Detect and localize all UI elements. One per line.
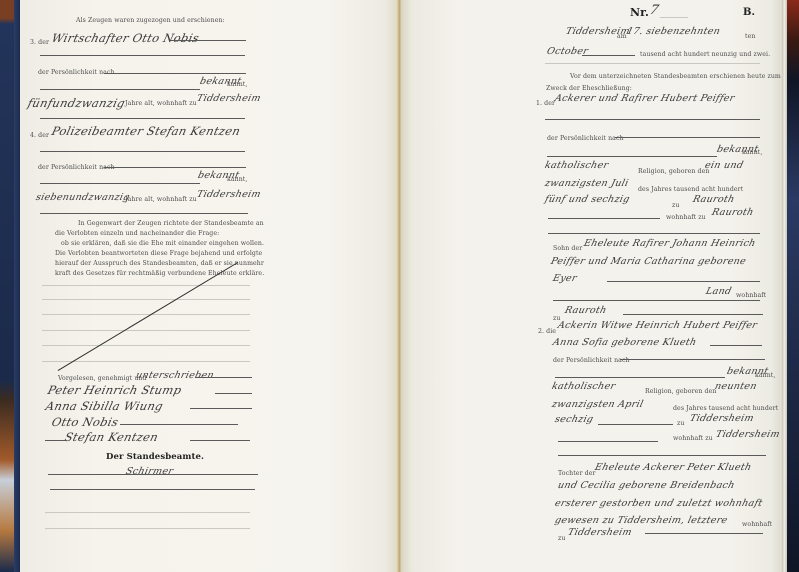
- signature-2: Anna Sibilla Wiung: [44, 399, 164, 413]
- ceremony-line-3: ob sie erklären, daß sie die Ehe mit ein…: [61, 240, 264, 247]
- groom-parents-3: Eyer: [552, 273, 578, 284]
- groom-year-label: des Jahres tausend acht hundert: [638, 186, 743, 193]
- bride-known-print: kannt,: [755, 372, 775, 379]
- bride-religion: katholischer: [551, 381, 617, 392]
- groom-residence-label: wohnhaft zu: [666, 214, 706, 221]
- groom-residence: Rauroth: [711, 207, 755, 218]
- groom-identity-label: der Persönlichkeit nach: [547, 135, 624, 142]
- groom-religion-label: Religion, geboren den: [638, 168, 709, 175]
- groom-parents-2: Peiffer und Maria Catharina geborene: [550, 256, 748, 267]
- intro-text-2: Zweck der Eheschließung:: [546, 85, 632, 92]
- groom-known-print: kannt,: [742, 149, 762, 156]
- bride-parents-2: und Cecilia geborene Breidenbach: [557, 480, 736, 491]
- year-print: tausend acht hundert neunzig und zwei.: [640, 51, 770, 58]
- bride-birth-place: Tiddersheim: [689, 413, 755, 424]
- groom-parents-residence-label: wohnhaft: [736, 292, 766, 299]
- bride-birth-day: neunten: [714, 381, 758, 392]
- bride-identity-label: der Persönlichkeit nach: [553, 357, 630, 364]
- bride-name: Ackerin Witwe Heinrich Hubert Peiffer: [557, 320, 759, 331]
- bride-parents-residence-label: wohnhaft: [742, 521, 772, 528]
- bride-parents-3: ersterer gestorben und zuletzt wohnhaft: [554, 498, 764, 509]
- read-approved-handwritten: unterschrieben: [135, 370, 216, 381]
- witness-4-number: 4. der: [30, 132, 49, 139]
- witness-3-known-print: kannt,: [227, 81, 247, 88]
- signature-3: Otto Nobis: [50, 415, 120, 429]
- bride-parents-residence-place: Tiddersheim: [567, 527, 633, 538]
- bride-parents-1: Eheleute Ackerer Peter Klueth: [594, 462, 753, 473]
- bride-year-label: des Jahres tausend acht hundert: [673, 405, 778, 412]
- bride-birth-day-2: zwanzigsten April: [551, 399, 645, 410]
- groom-parents-1: Eheleute Rafirer Johann Heinrich: [583, 238, 757, 249]
- bride-birth-place-label: zu: [677, 420, 684, 427]
- day: 17. siebenzehnten: [626, 26, 722, 37]
- signature-1: Peter Heinrich Stump: [46, 383, 183, 397]
- groom-parents-residence: Land: [705, 286, 733, 297]
- witness-3-residence: Tiddersheim: [196, 93, 262, 104]
- intro-text: Vor dem unterzeichneten Standesbeamten e…: [570, 73, 781, 80]
- bride-parents-label: Tochter der: [558, 470, 596, 477]
- witness-3-number: 3. der: [30, 39, 49, 46]
- witness-3-age-label: Jahre alt, wohnhaft zu: [125, 100, 197, 107]
- book-binding-right: [787, 0, 799, 572]
- groom-number: 1. der: [536, 100, 555, 107]
- witness-3-age: fünfundzwanzig: [26, 96, 126, 110]
- groom-religion: katholischer: [544, 160, 610, 171]
- groom-birth-place-label: zu: [672, 202, 679, 209]
- read-approved-label: Vorgelesen, genehmigt und: [58, 375, 147, 382]
- groom-parents-residence-place: Rauroth: [564, 305, 608, 316]
- bride-birth-year: sechzig: [554, 414, 595, 425]
- register-letter: B.: [743, 7, 755, 18]
- den-suffix: ten: [745, 33, 755, 40]
- groom-parents-label: Sohn der: [553, 245, 582, 252]
- groom-birth-place: Rauroth: [692, 194, 736, 205]
- witness-4-name: Polizeibeamter Stefan Kentzen: [50, 124, 242, 138]
- ceremony-line-2: die Verlobten einzeln und nacheinander d…: [55, 230, 219, 237]
- groom-birth-day: ein und: [704, 160, 745, 171]
- witness-4-age-label: Jahre alt, wohnhaft zu: [125, 196, 197, 203]
- groom-birth-year: fünf und sechzig: [544, 194, 631, 205]
- bride-number: 2. die: [538, 328, 556, 335]
- bride-religion-label: Religion, geboren den: [645, 388, 716, 395]
- witness-4-known-print: kannt,: [227, 176, 247, 183]
- witness-4-residence: Tiddersheim: [196, 189, 262, 200]
- signature-4: Stefan Kentzen: [63, 430, 160, 444]
- bride-parents-residence-prefix: zu: [558, 535, 565, 542]
- registrar-signature: Schirmer: [125, 466, 175, 477]
- registrar-label: Der Standesbeamte.: [106, 452, 204, 462]
- ceremony-line-4: Die Verlobten beantworteten diese Frage …: [55, 250, 262, 257]
- witness-intro: Als Zeugen waren zugezogen und erschiene…: [76, 17, 225, 24]
- ceremony-line-1: In Gegenwart der Zeugen richtete der Sta…: [78, 220, 264, 227]
- ceremony-line-6: kraft des Gesetzes für rechtmäßig verbun…: [55, 270, 264, 277]
- witness-4-age: siebenundzwanzig: [35, 192, 131, 203]
- bride-name-2: Anna Sofia geborene Klueth: [552, 337, 698, 348]
- book-gutter: [396, 0, 402, 572]
- bride-residence-label: wohnhaft zu: [673, 435, 713, 442]
- groom-name: Ackerer und Rafirer Hubert Peiffer: [554, 93, 736, 104]
- bride-parents-4: gewesen zu Tiddersheim, letztere: [554, 515, 729, 526]
- witness-3-name: Wirtschafter Otto Nobis: [50, 31, 200, 45]
- groom-birth-day-2: zwanzigsten Juli: [544, 178, 630, 189]
- bride-residence: Tiddersheim: [715, 429, 781, 440]
- page-edges: [780, 0, 787, 572]
- entry-number-label: Nr.: [630, 6, 649, 19]
- book-binding-left: [0, 0, 20, 572]
